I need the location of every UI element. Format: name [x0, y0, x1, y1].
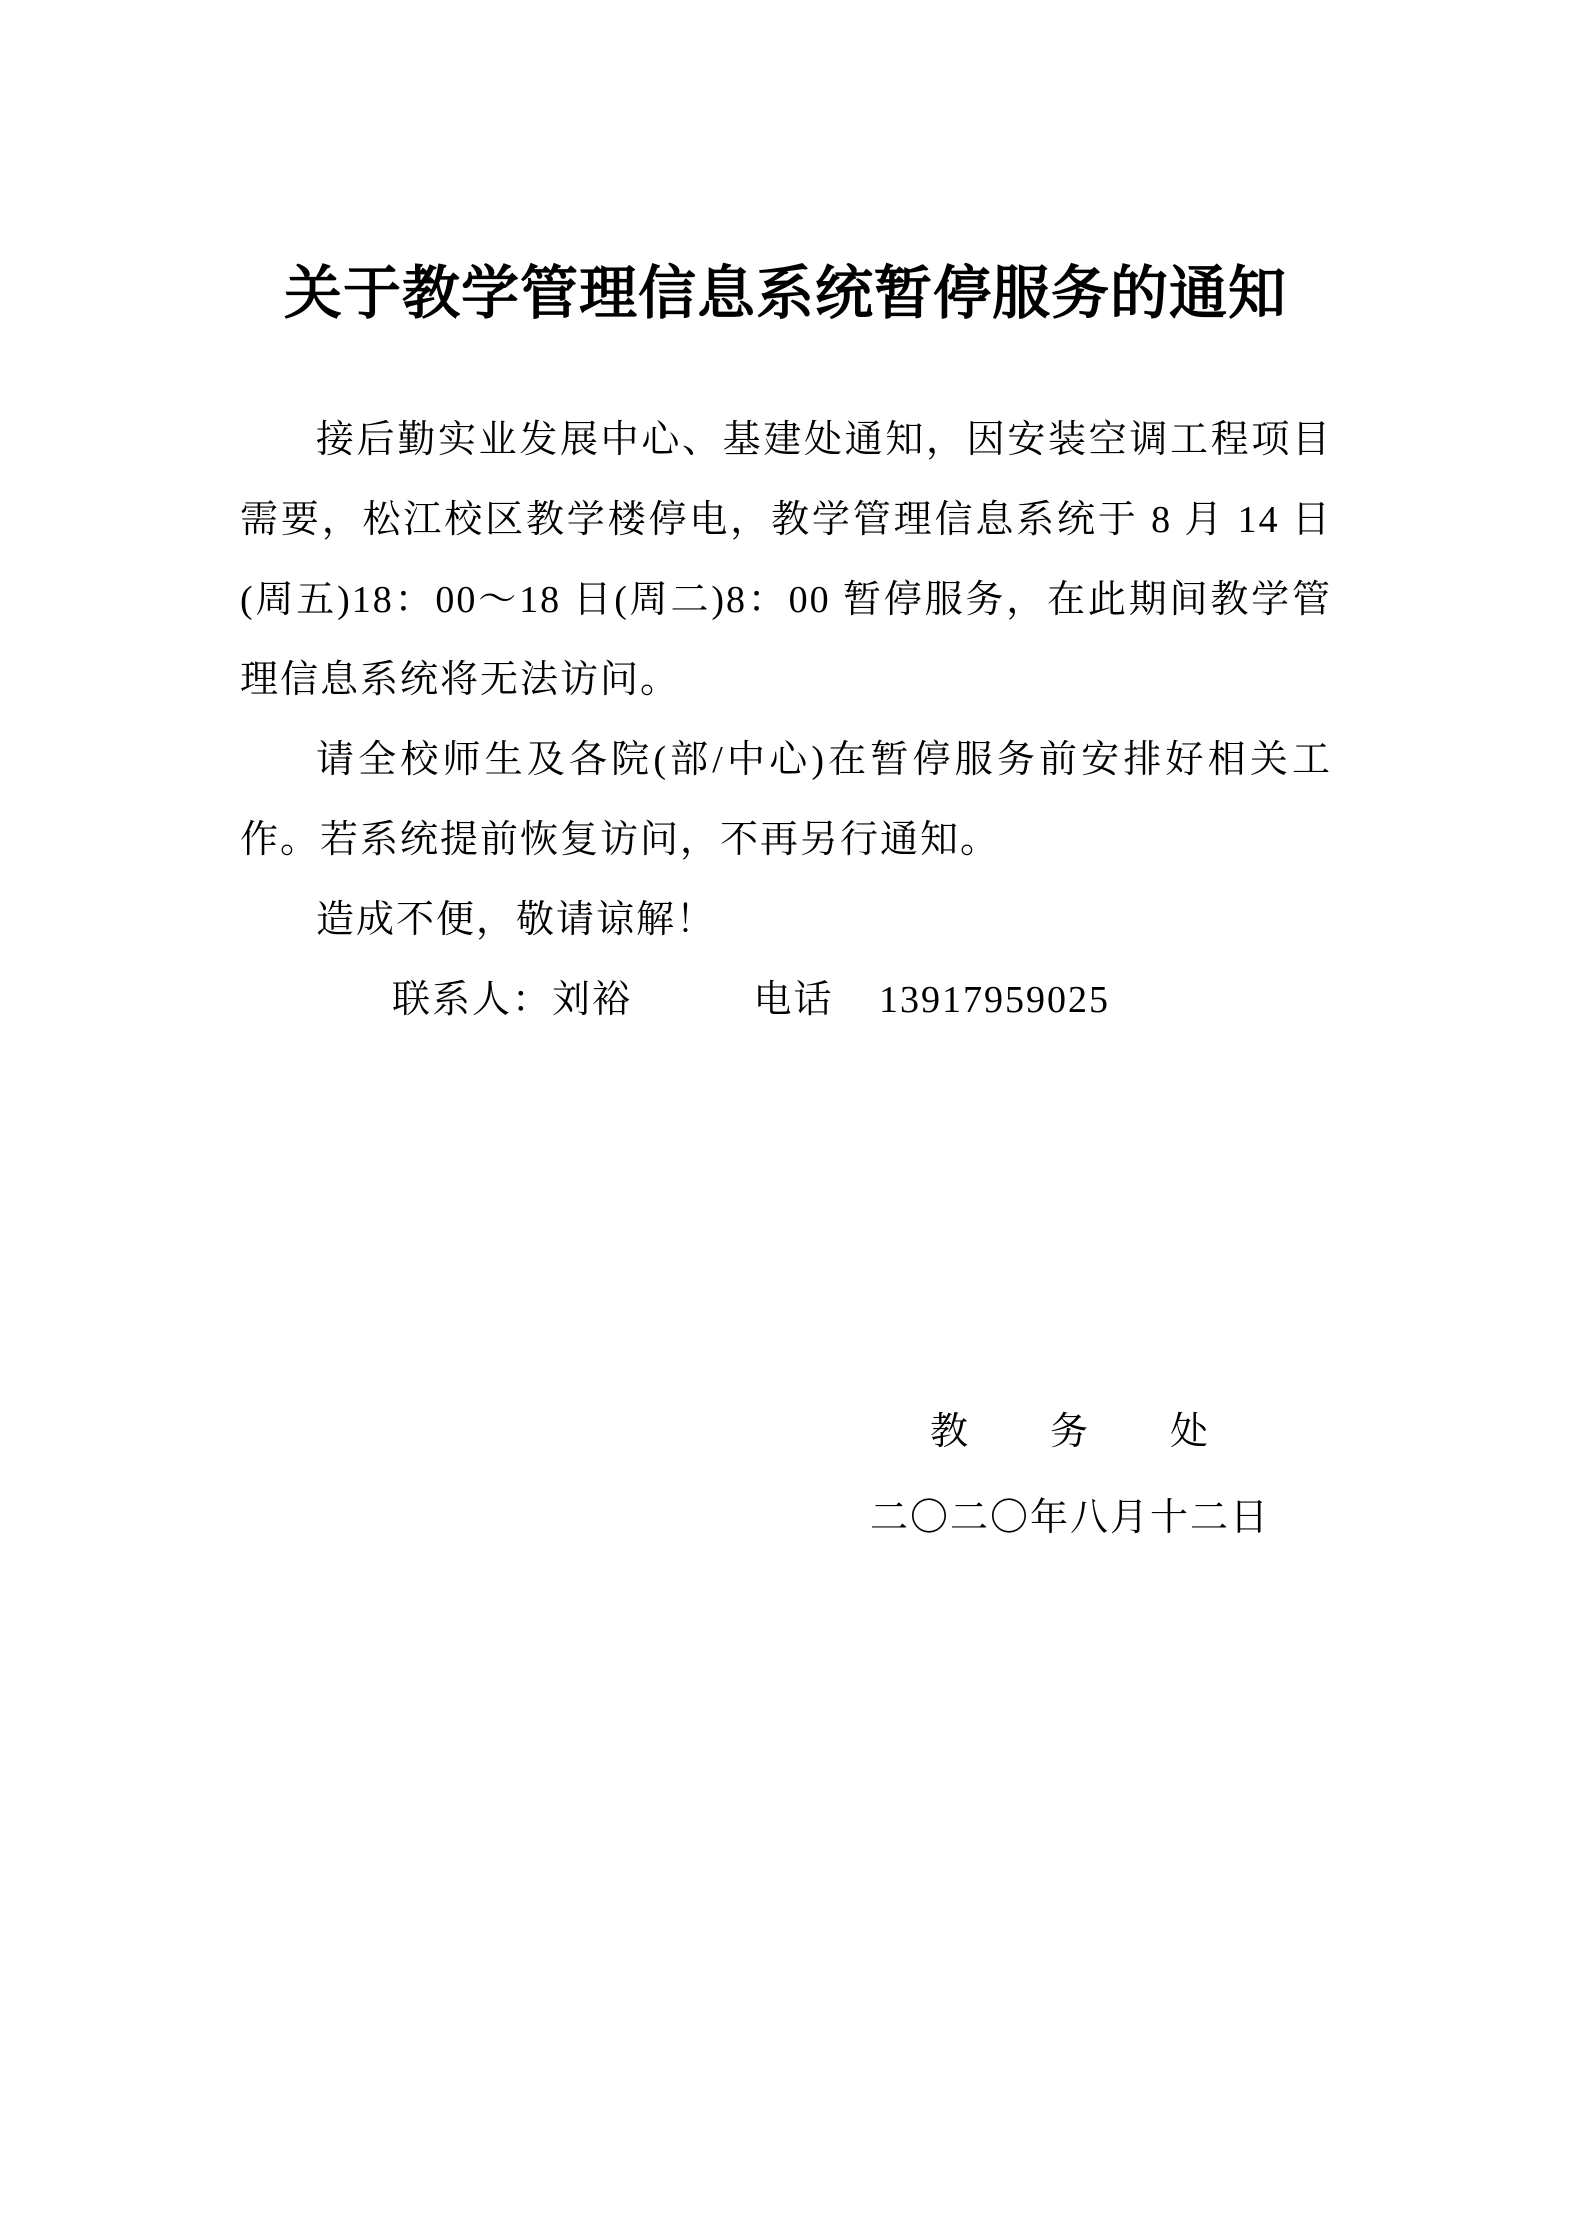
- phone-label: 电话: [754, 979, 834, 1021]
- signature-block: 教 务 处 二〇二〇年八月十二日: [840, 1392, 1300, 1558]
- document-body: 接后勤实业发展中心、基建处通知，因安装空调工程项目需要，松江校区教学楼停电，教学…: [240, 400, 1332, 1040]
- signature-date: 二〇二〇年八月十二日: [840, 1478, 1300, 1558]
- phone-number: 13917959025: [879, 979, 1110, 1021]
- body-paragraph-3: 造成不便，敬请谅解！: [240, 880, 1332, 960]
- contact-label: 联系人：: [392, 979, 552, 1021]
- contact-line: 联系人：刘裕 电话 13917959025: [240, 960, 1332, 1040]
- body-paragraph-2: 请全校师生及各院(部/中心)在暂停服务前安排好相关工作。若系统提前恢复访问，不再…: [240, 720, 1332, 880]
- contact-name: 刘裕: [552, 979, 632, 1021]
- body-paragraph-1: 接后勤实业发展中心、基建处通知，因安装空调工程项目需要，松江校区教学楼停电，教学…: [240, 400, 1332, 720]
- document-title: 关于教学管理信息系统暂停服务的通知: [0, 261, 1571, 328]
- signature-department: 教 务 处: [840, 1392, 1300, 1472]
- notice-document-page: 关于教学管理信息系统暂停服务的通知 接后勤实业发展中心、基建处通知，因安装空调工…: [0, 0, 1571, 2222]
